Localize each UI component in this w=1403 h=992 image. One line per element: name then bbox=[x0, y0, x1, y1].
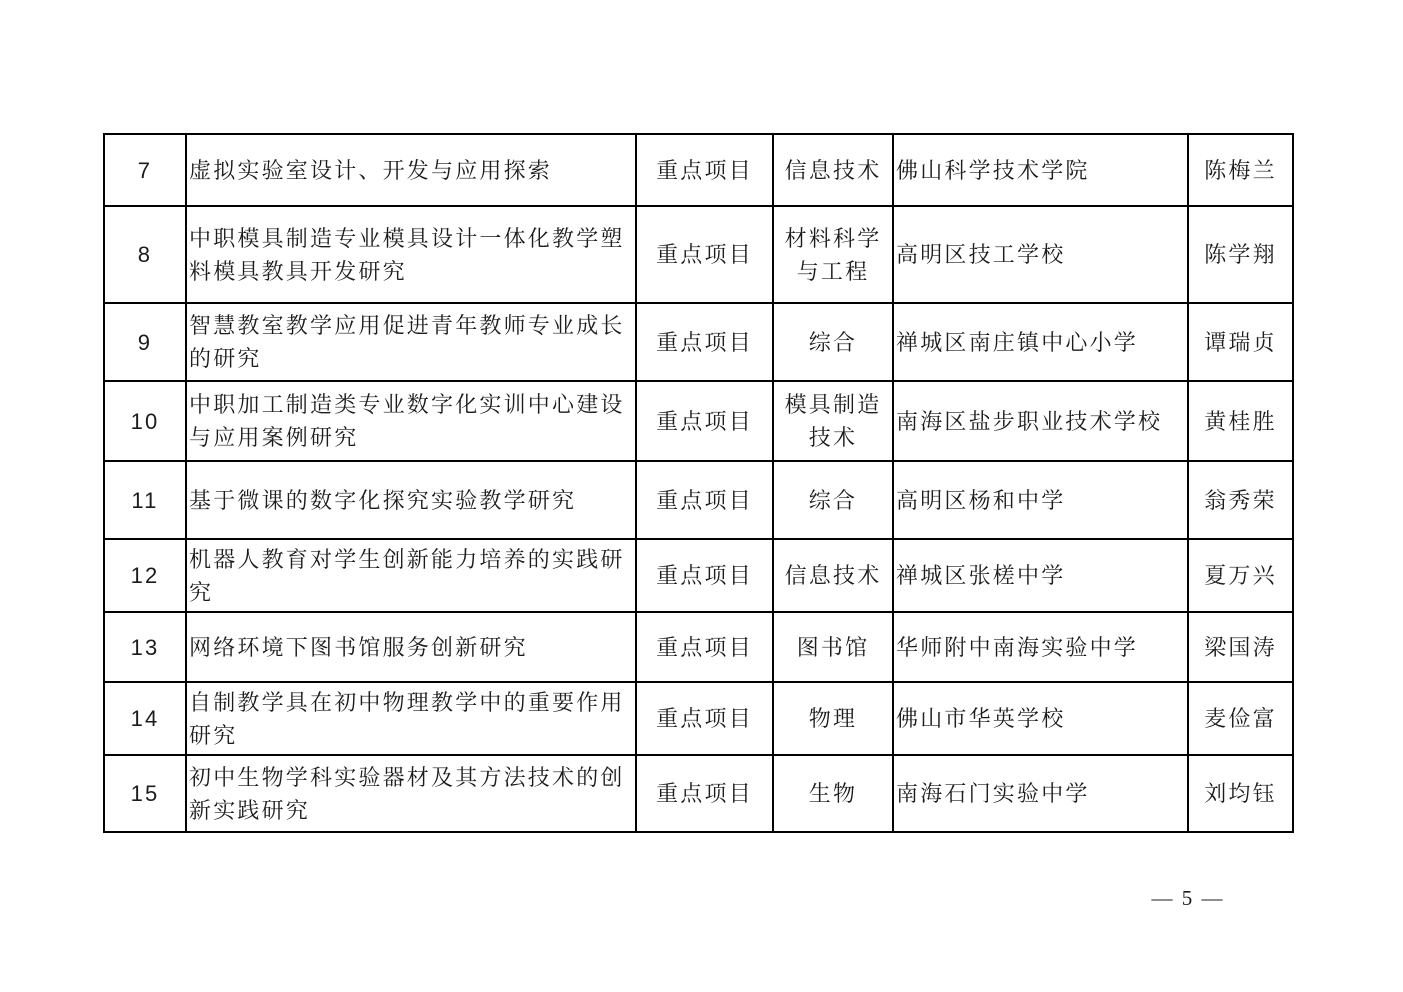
page-number: — 5 — bbox=[1118, 886, 1258, 911]
project-type: 重点项目 bbox=[636, 303, 773, 381]
person-name: 夏万兴 bbox=[1188, 539, 1293, 612]
project-type: 重点项目 bbox=[636, 755, 773, 832]
person-name: 黄桂胜 bbox=[1188, 381, 1293, 461]
project-title: 机器人教育对学生创新能力培养的实践研究 bbox=[186, 539, 636, 612]
institution: 南海石门实验中学 bbox=[893, 755, 1188, 832]
project-title: 自制教学具在初中物理教学中的重要作用研究 bbox=[186, 682, 636, 755]
institution: 禅城区张槎中学 bbox=[893, 539, 1188, 612]
institution: 佛山科学技术学院 bbox=[893, 134, 1188, 206]
person-name: 谭瑞贞 bbox=[1188, 303, 1293, 381]
project-type: 重点项目 bbox=[636, 539, 773, 612]
table-row: 14 自制教学具在初中物理教学中的重要作用研究 重点项目 物理 佛山市华英学校 … bbox=[104, 682, 1293, 755]
table-row: 10 中职加工制造类专业数字化实训中心建设与应用案例研究 重点项目 模具制造技术… bbox=[104, 381, 1293, 461]
table-row: 8 中职模具制造专业模具设计一体化教学塑料模具教具开发研究 重点项目 材料科学与… bbox=[104, 206, 1293, 303]
person-name: 陈梅兰 bbox=[1188, 134, 1293, 206]
project-type: 重点项目 bbox=[636, 381, 773, 461]
table-row: 12 机器人教育对学生创新能力培养的实践研究 重点项目 信息技术 禅城区张槎中学… bbox=[104, 539, 1293, 612]
project-title: 初中生物学科实验器材及其方法技术的创新实践研究 bbox=[186, 755, 636, 832]
project-subject: 模具制造技术 bbox=[773, 381, 893, 461]
institution: 佛山市华英学校 bbox=[893, 682, 1188, 755]
table-body: 7 虚拟实验室设计、开发与应用探索 重点项目 信息技术 佛山科学技术学院 陈梅兰… bbox=[104, 134, 1293, 832]
project-subject: 信息技术 bbox=[773, 134, 893, 206]
project-type: 重点项目 bbox=[636, 461, 773, 539]
row-number: 12 bbox=[104, 539, 186, 612]
project-title: 虚拟实验室设计、开发与应用探索 bbox=[186, 134, 636, 206]
row-number: 7 bbox=[104, 134, 186, 206]
row-number: 13 bbox=[104, 612, 186, 682]
projects-table: 7 虚拟实验室设计、开发与应用探索 重点项目 信息技术 佛山科学技术学院 陈梅兰… bbox=[103, 133, 1294, 833]
document-page: 7 虚拟实验室设计、开发与应用探索 重点项目 信息技术 佛山科学技术学院 陈梅兰… bbox=[0, 0, 1403, 992]
institution: 禅城区南庄镇中心小学 bbox=[893, 303, 1188, 381]
person-name: 翁秀荣 bbox=[1188, 461, 1293, 539]
table-row: 15 初中生物学科实验器材及其方法技术的创新实践研究 重点项目 生物 南海石门实… bbox=[104, 755, 1293, 832]
project-subject: 综合 bbox=[773, 303, 893, 381]
project-subject: 综合 bbox=[773, 461, 893, 539]
row-number: 8 bbox=[104, 206, 186, 303]
person-name: 陈学翔 bbox=[1188, 206, 1293, 303]
person-name: 刘均钰 bbox=[1188, 755, 1293, 832]
institution: 华师附中南海实验中学 bbox=[893, 612, 1188, 682]
project-subject: 材料科学与工程 bbox=[773, 206, 893, 303]
project-type: 重点项目 bbox=[636, 682, 773, 755]
project-title: 中职模具制造专业模具设计一体化教学塑料模具教具开发研究 bbox=[186, 206, 636, 303]
project-subject: 图书馆 bbox=[773, 612, 893, 682]
row-number: 10 bbox=[104, 381, 186, 461]
row-number: 9 bbox=[104, 303, 186, 381]
table-row: 7 虚拟实验室设计、开发与应用探索 重点项目 信息技术 佛山科学技术学院 陈梅兰 bbox=[104, 134, 1293, 206]
institution: 高明区技工学校 bbox=[893, 206, 1188, 303]
person-name: 麦俭富 bbox=[1188, 682, 1293, 755]
table-row: 9 智慧教室教学应用促进青年教师专业成长的研究 重点项目 综合 禅城区南庄镇中心… bbox=[104, 303, 1293, 381]
row-number: 14 bbox=[104, 682, 186, 755]
project-subject: 信息技术 bbox=[773, 539, 893, 612]
row-number: 15 bbox=[104, 755, 186, 832]
institution: 高明区杨和中学 bbox=[893, 461, 1188, 539]
project-type: 重点项目 bbox=[636, 134, 773, 206]
institution: 南海区盐步职业技术学校 bbox=[893, 381, 1188, 461]
row-number: 11 bbox=[104, 461, 186, 539]
project-type: 重点项目 bbox=[636, 612, 773, 682]
project-subject: 物理 bbox=[773, 682, 893, 755]
table-row: 11 基于微课的数字化探究实验教学研究 重点项目 综合 高明区杨和中学 翁秀荣 bbox=[104, 461, 1293, 539]
table-row: 13 网络环境下图书馆服务创新研究 重点项目 图书馆 华师附中南海实验中学 梁国… bbox=[104, 612, 1293, 682]
person-name: 梁国涛 bbox=[1188, 612, 1293, 682]
project-title: 智慧教室教学应用促进青年教师专业成长的研究 bbox=[186, 303, 636, 381]
project-title: 中职加工制造类专业数字化实训中心建设与应用案例研究 bbox=[186, 381, 636, 461]
project-title: 网络环境下图书馆服务创新研究 bbox=[186, 612, 636, 682]
project-subject: 生物 bbox=[773, 755, 893, 832]
project-title: 基于微课的数字化探究实验教学研究 bbox=[186, 461, 636, 539]
project-type: 重点项目 bbox=[636, 206, 773, 303]
